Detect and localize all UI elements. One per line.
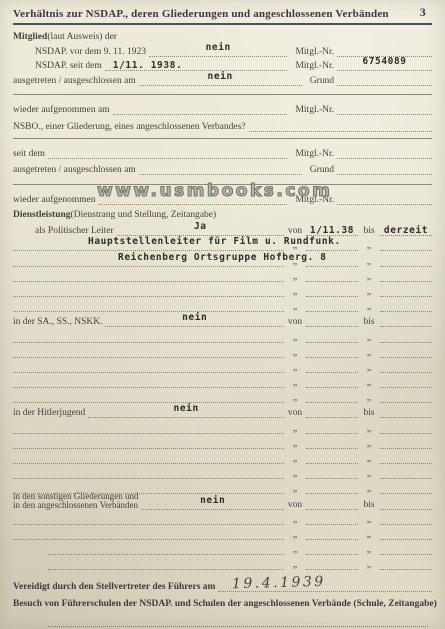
- section-divider: [13, 94, 432, 95]
- fill-line: [380, 389, 432, 403]
- fill-line: [139, 161, 302, 175]
- service-heading: Dienstleistung (Dienstrang und Stellung,…: [13, 209, 432, 221]
- fill-line: [306, 435, 358, 449]
- typed-value: Hauptstellenleiter für Film u. Rundfunk.: [88, 236, 341, 247]
- ditto-mark: „: [284, 423, 306, 434]
- fill-line: [306, 420, 358, 434]
- section-divider: [13, 138, 432, 139]
- ditto-mark: „: [358, 286, 380, 297]
- fill-line: [13, 344, 284, 358]
- von-label: von: [284, 500, 306, 510]
- fill-line: [380, 511, 432, 525]
- service-row: in der SA., SS., NSKK. nein von bis: [13, 312, 432, 327]
- fill-line: [380, 329, 432, 343]
- page-header: Verhältnis zur NSDAP., deren Gliederunge…: [13, 5, 432, 25]
- field-label: Mitgl.-Nr.: [287, 149, 337, 159]
- form-row-wieder-aufgenommen: wieder aufgenommen am Mitgl.-Nr.: [13, 101, 432, 115]
- fill-line: [13, 298, 284, 312]
- fill-line: nein: [149, 43, 287, 57]
- typed-value: nein: [208, 71, 233, 82]
- ditto-mark: „: [358, 392, 380, 403]
- service-row-blank: „ „: [13, 510, 432, 525]
- bis-label: bis: [358, 317, 380, 327]
- service-heading-rest: (Dienstrang und Stellung, Zeitangabe): [71, 209, 217, 221]
- fill-line: [306, 237, 358, 251]
- fill-line: [13, 465, 284, 479]
- service-row-blank: „ „: [13, 282, 432, 297]
- ditto-mark: „: [284, 559, 306, 570]
- bis-label: bis: [358, 226, 380, 236]
- typed-value: derzeit: [384, 225, 428, 236]
- fill-line: [13, 329, 284, 343]
- scanned-form-page: www.usmbooks.com Verhältnis zur NSDAP., …: [0, 0, 445, 629]
- fill-line: [380, 268, 432, 282]
- ditto-mark: „: [284, 271, 306, 282]
- field-label: ausgetreten / ausgeschlossen am: [13, 76, 139, 86]
- fill-line: [337, 72, 432, 86]
- form-row-nsdap-vor: NSDAP. vor dem 9. 11. 1923 nein Mitgl.-N…: [35, 43, 432, 57]
- ditto-mark: „: [358, 453, 380, 464]
- service-heading-bold: Dienstleistung: [13, 209, 71, 221]
- handwritten-date: 19.4.1939: [232, 574, 326, 592]
- fill-line: [380, 465, 432, 479]
- field-label: NSDAP. seit dem: [35, 61, 105, 71]
- field-label: Mitgl.-Nr.: [287, 47, 337, 57]
- service-row-blank: „ „: [13, 327, 432, 342]
- fill-line: [48, 145, 288, 159]
- fill-line: nein: [105, 313, 284, 327]
- field-label: Mitgl.-Nr.: [287, 61, 337, 71]
- ditto-mark: „: [358, 559, 380, 570]
- fill-line: [113, 101, 288, 115]
- fill-line: [306, 283, 358, 297]
- fill-line: [306, 298, 358, 312]
- fill-line: [306, 511, 358, 525]
- fill-line: [306, 268, 358, 282]
- fill-line: [306, 313, 358, 327]
- ditto-mark: „: [358, 514, 380, 525]
- fill-line: [380, 526, 432, 540]
- typed-value: nein: [174, 403, 199, 414]
- ditto-mark: „: [358, 332, 380, 343]
- field-label: Grund: [302, 165, 337, 175]
- fill-line: [249, 118, 432, 132]
- service-row-blank: „ „: [13, 297, 432, 312]
- service-row-blank: „ „: [13, 418, 432, 433]
- fill-line: Reichenberg Ortsgruppe Hofberg. 8: [13, 253, 284, 267]
- fill-line: [380, 283, 432, 297]
- field-label: NSBO., einer Gliederung, eines angeschlo…: [13, 122, 249, 132]
- fill-line: [380, 237, 432, 251]
- fill-line: [306, 480, 358, 494]
- fill-line: [306, 329, 358, 343]
- form-row-ausgetreten: ausgetreten / ausgeschlossen am nein Gru…: [13, 71, 432, 86]
- form-content: Verhältnis zur NSDAP., deren Gliederunge…: [0, 0, 445, 629]
- service-row-blank: „ „: [13, 449, 432, 464]
- typed-value: Reichenberg Ortsgruppe Hofberg. 8: [118, 252, 327, 263]
- form-row-seit-dem: seit dem Mitgl.-Nr.: [13, 145, 432, 159]
- ditto-mark: „: [358, 271, 380, 282]
- fill-line: [380, 359, 432, 373]
- fill-line: [380, 496, 432, 510]
- typed-value: 1/11.38: [310, 225, 354, 236]
- service-row-blank: „ „: [13, 388, 432, 403]
- fill-line: [337, 43, 432, 57]
- von-label: von: [284, 408, 306, 418]
- field-label: wieder aufgenommen am: [13, 105, 113, 115]
- bis-label: bis: [358, 500, 380, 510]
- fill-line: nein: [141, 496, 284, 510]
- fill-line: [380, 435, 432, 449]
- ditto-mark: „: [284, 453, 306, 464]
- typed-value: Ja: [194, 221, 207, 232]
- fill-line: 19.4.1939: [218, 578, 432, 592]
- fill-line: [380, 374, 432, 388]
- besuch-row: Besuch von Führerschulen der NSDAP. und …: [13, 594, 432, 609]
- ditto-mark: „: [284, 468, 306, 479]
- fill-line: nein: [139, 72, 302, 86]
- field-label: ausgetreten / ausgeschlossen am: [13, 165, 139, 175]
- service-row-blank: „ „: [13, 267, 432, 282]
- fill-line: [13, 389, 284, 403]
- fill-line: [48, 556, 284, 570]
- field-label: Vereidigt durch den Stellvertreter des F…: [13, 582, 218, 592]
- field-label: wieder aufgenommen: [13, 195, 99, 205]
- service-row: in der Hitlerjugend nein von bis: [13, 403, 432, 418]
- fill-line: [13, 420, 284, 434]
- fill-line: [380, 450, 432, 464]
- ditto-mark: „: [284, 286, 306, 297]
- fill-line: 1/11.38: [306, 222, 358, 236]
- page-number: 3: [420, 5, 430, 20]
- ditto-mark: „: [358, 423, 380, 434]
- ditto-mark: „: [358, 468, 380, 479]
- fill-line: [306, 556, 358, 570]
- fill-line: [13, 526, 284, 540]
- service-row: als Politischer Leiter Ja von 1/11.38 bi…: [13, 221, 432, 236]
- vereidigt-row: Vereidigt durch den Stellvertreter des F…: [13, 574, 432, 592]
- ditto-mark: „: [284, 301, 306, 312]
- ditto-mark: „: [358, 240, 380, 251]
- fill-line: [13, 450, 284, 464]
- form-row-nsdap-seit: NSDAP. seit dem 1/11. 1938. Mitgl.-Nr. 6…: [35, 57, 432, 71]
- fill-line: [13, 283, 284, 297]
- fill-line: [306, 374, 358, 388]
- fill-line: [337, 145, 432, 159]
- service-row: Reichenberg Ortsgruppe Hofberg. 8 „ „: [13, 251, 432, 266]
- fill-line: [306, 253, 358, 267]
- fill-line: [306, 359, 358, 373]
- service-row: in den sonstigen Gliederungen und in den…: [13, 494, 432, 509]
- fill-line: [306, 404, 358, 418]
- ditto-mark: „: [284, 362, 306, 373]
- fill-line: [337, 101, 432, 115]
- service-row-blank: „ „: [13, 555, 432, 570]
- service-row-blank: „ „: [13, 358, 432, 373]
- page-title: Verhältnis zur NSDAP., deren Gliederunge…: [13, 8, 389, 20]
- ditto-mark: „: [358, 438, 380, 449]
- von-label: von: [284, 226, 306, 236]
- fill-line: [380, 556, 432, 570]
- field-label: Grund: [302, 76, 337, 86]
- typed-value: nein: [206, 42, 231, 53]
- fill-line: nein: [88, 404, 284, 418]
- fill-line: [380, 253, 432, 267]
- fill-line: [306, 541, 358, 555]
- field-label: in der SA., SS., NSKK.: [13, 317, 105, 327]
- field-label: als Politischer Leiter: [35, 226, 117, 236]
- ditto-mark: „: [358, 529, 380, 540]
- service-row: Hauptstellenleiter für Film u. Rundfunk.…: [13, 236, 432, 251]
- fill-line: [306, 496, 358, 510]
- ditto-mark: „: [284, 377, 306, 388]
- service-row-blank: „ „: [13, 540, 432, 555]
- ditto-mark: „: [358, 377, 380, 388]
- service-row-blank: „ „: [13, 343, 432, 358]
- fill-line: [306, 465, 358, 479]
- fill-line: [13, 435, 284, 449]
- fill-line: [306, 344, 358, 358]
- bis-label: bis: [358, 408, 380, 418]
- ditto-mark: „: [284, 529, 306, 540]
- field-label: in der Hitlerjugend: [13, 408, 88, 418]
- ditto-mark: „: [284, 347, 306, 358]
- ditto-mark: „: [358, 347, 380, 358]
- fill-line: [306, 526, 358, 540]
- fill-line: [13, 374, 284, 388]
- fill-line: [306, 450, 358, 464]
- field-label: Mitgl.-Nr.: [287, 105, 337, 115]
- field-label: seit dem: [13, 149, 48, 159]
- typed-value: 6754089: [362, 56, 406, 67]
- ditto-mark: „: [358, 362, 380, 373]
- fill-line: [380, 313, 432, 327]
- service-table: als Politischer Leiter Ja von 1/11.38 bi…: [13, 221, 432, 570]
- ditto-mark: „: [358, 544, 380, 555]
- ditto-mark: „: [284, 514, 306, 525]
- fill-line: [337, 191, 432, 205]
- fill-line: [13, 511, 284, 525]
- field-label: in den sonstigen Gliederungen und in den…: [13, 492, 141, 511]
- ditto-mark: „: [284, 483, 306, 494]
- fill-line: [48, 541, 284, 555]
- typed-value: 1/11. 1938.: [113, 60, 183, 71]
- ditto-mark: „: [358, 301, 380, 312]
- fill-line: 6754089: [337, 57, 432, 71]
- form-row-nsbo: NSBO., einer Gliederung, eines angeschlo…: [13, 115, 432, 132]
- field-label: NSDAP. vor dem 9. 11. 1923: [35, 47, 149, 57]
- service-row-blank: „ „: [13, 373, 432, 388]
- service-row-blank: „ „: [13, 434, 432, 449]
- fill-line: [306, 389, 358, 403]
- service-row-blank: „ „: [13, 464, 432, 479]
- fill-line: Hauptstellenleiter für Film u. Rundfunk.: [13, 237, 284, 251]
- field-label: Besuch von Führerschulen der NSDAP. und …: [13, 599, 437, 609]
- watermark: www.usmbooks.com: [97, 181, 332, 201]
- fill-line: [380, 480, 432, 494]
- ditto-mark: „: [284, 392, 306, 403]
- von-label: von: [284, 317, 306, 327]
- ditto-mark: „: [284, 438, 306, 449]
- form-row-ausgetreten-2: ausgetreten / ausgeschlossen am Grund: [13, 159, 432, 175]
- fill-line: [380, 420, 432, 434]
- typed-value: nein: [200, 495, 225, 506]
- membership-heading-bold: Mitglied: [13, 31, 47, 43]
- service-row-blank: „ „: [13, 525, 432, 540]
- fill-line: [48, 618, 428, 627]
- fill-line: [380, 298, 432, 312]
- fill-line: [337, 161, 432, 175]
- fill-line: derzeit: [380, 222, 432, 236]
- fill-line: [380, 404, 432, 418]
- fill-line: [380, 541, 432, 555]
- fill-line: [380, 344, 432, 358]
- ditto-mark: „: [358, 483, 380, 494]
- membership-heading-rest: (laut Ausweis) der: [47, 31, 117, 43]
- typed-value: nein: [182, 312, 207, 323]
- fill-line: Ja: [117, 222, 284, 236]
- ditto-mark: „: [284, 332, 306, 343]
- fill-line: 1/11. 1938.: [105, 57, 288, 71]
- ditto-mark: „: [284, 544, 306, 555]
- fill-line: [13, 359, 284, 373]
- ditto-mark: „: [358, 256, 380, 267]
- fill-line: [13, 268, 284, 282]
